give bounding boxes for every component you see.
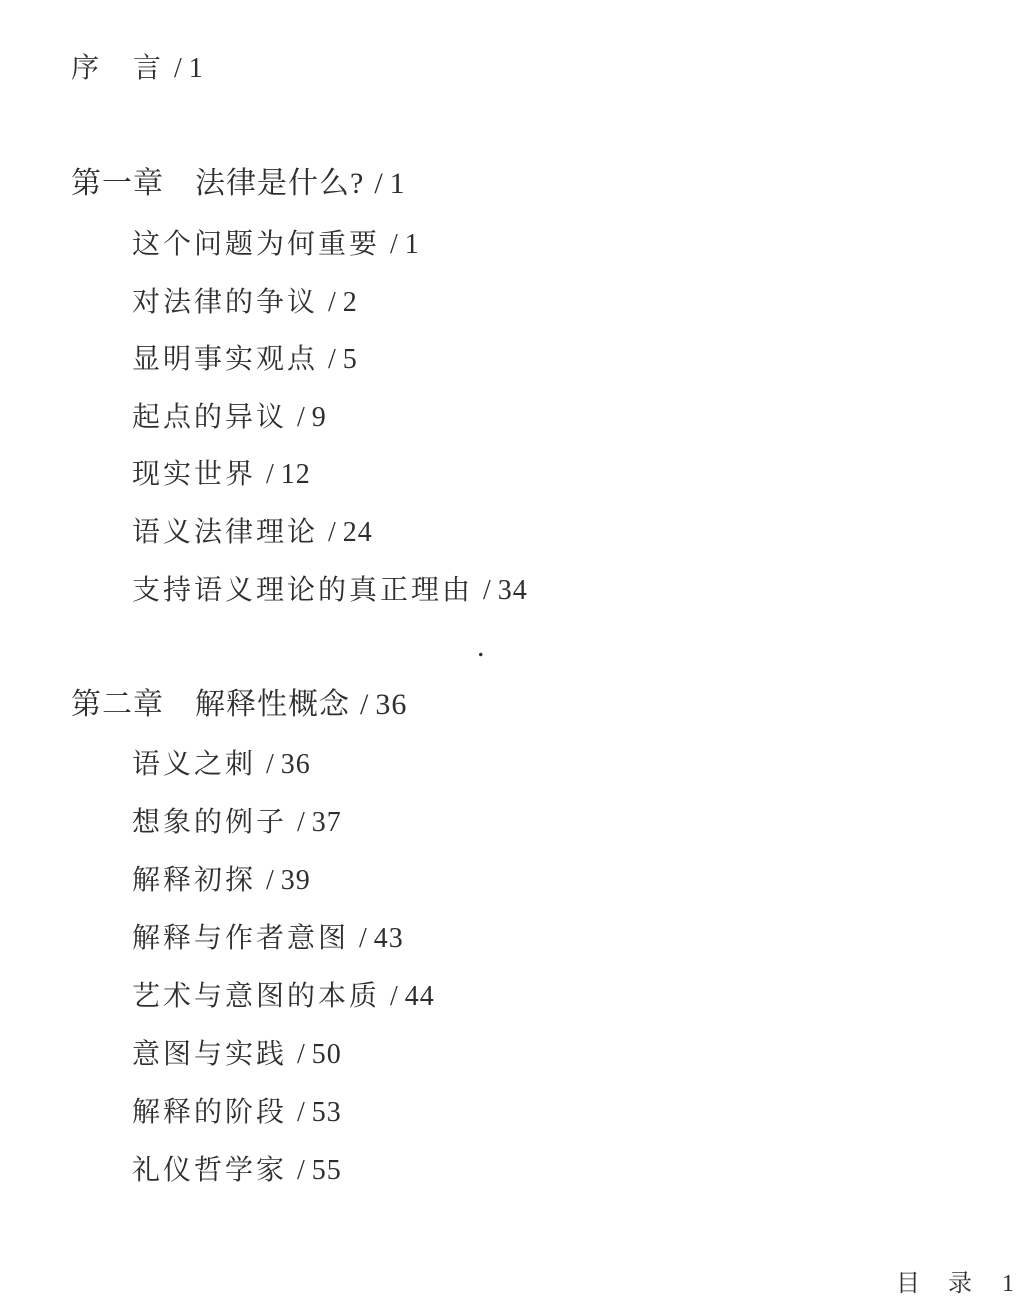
toc-chapter-page: 1: [390, 167, 406, 200]
toc-section-entry: 这个问题为何重要/1: [132, 228, 420, 262]
toc-section-page: 1: [405, 229, 420, 260]
page-separator: /: [390, 228, 398, 262]
toc-section-entry: 解释的阶段/53: [132, 1096, 342, 1130]
toc-section-title: 语义法律理论: [132, 517, 318, 548]
page-separator: /: [297, 806, 305, 840]
toc-section-page: 24: [343, 517, 373, 548]
page-separator: /: [328, 286, 336, 320]
toc-section-entry: 艺术与意图的本质/44: [132, 980, 435, 1014]
footer-label: 目 录: [896, 1271, 974, 1297]
page-separator: /: [266, 748, 274, 782]
toc-section-title: 艺术与意图的本质: [132, 981, 380, 1012]
toc-section-page: 2: [343, 287, 358, 318]
page-separator: /: [483, 574, 491, 608]
page-separator: /: [266, 864, 274, 898]
toc-section-page: 43: [374, 923, 404, 954]
toc-section-page: 9: [312, 402, 327, 433]
toc-section-entry: 支持语义理论的真正理由/34: [132, 574, 528, 608]
toc-section-entry: 解释与作者意图/43: [132, 922, 404, 956]
toc-section-entry: 显明事实观点/5: [132, 343, 358, 377]
toc-section-page: 50: [312, 1039, 342, 1070]
toc-preface-page: 1: [189, 53, 204, 84]
toc-section-title: 对法律的争议: [132, 287, 318, 318]
toc-section-entry: 语义之刺/36: [132, 748, 311, 782]
page-footer: 目 录1: [896, 1263, 1014, 1298]
toc-section-title: 意图与实践: [132, 1039, 287, 1070]
toc-section-title: 解释与作者意图: [132, 923, 349, 954]
toc-section-title: 现实世界: [132, 459, 256, 490]
page-separator: /: [297, 1154, 305, 1188]
page-separator: /: [174, 52, 182, 86]
toc-section-entry: 礼仪哲学家/55: [132, 1154, 342, 1188]
toc-section-entry: 对法律的争议/2: [132, 286, 358, 320]
toc-section-title: 支持语义理论的真正理由: [132, 575, 473, 606]
toc-chapter-title: 第一章 法律是什么?: [71, 167, 364, 200]
footer-page-number: 1: [1002, 1271, 1014, 1297]
toc-section-page: 34: [498, 575, 528, 606]
page-separator: /: [297, 1038, 305, 1072]
toc-section-title: 礼仪哲学家: [132, 1155, 287, 1186]
toc-section-page: 39: [281, 865, 311, 896]
toc-chapter-1-entry: 第一章 法律是什么?/1: [71, 166, 406, 202]
page-separator: /: [374, 166, 382, 202]
toc-section-entry: 意图与实践/50: [132, 1038, 342, 1072]
toc-section-entry: 起点的异议/9: [132, 401, 327, 435]
page-separator: /: [359, 922, 367, 956]
toc-section-page: 44: [405, 981, 435, 1012]
page-separator: /: [297, 1096, 305, 1130]
toc-preface-entry: 序 言/1: [71, 52, 204, 86]
toc-section-title: 解释初探: [132, 865, 256, 896]
toc-section-page: 37: [312, 807, 342, 838]
toc-section-title: 语义之刺: [132, 749, 256, 780]
toc-section-page: 53: [312, 1097, 342, 1128]
toc-page: 序 言/1 第一章 法律是什么?/1 这个问题为何重要/1 对法律的争议/2 显…: [0, 0, 1036, 1311]
toc-section-title: 想象的例子: [132, 807, 287, 838]
toc-chapter-title: 第二章 解释性概念: [71, 688, 350, 721]
page-separator: /: [266, 458, 274, 492]
page-separator: /: [328, 343, 336, 377]
toc-section-page: 5: [343, 344, 358, 375]
toc-section-title: 显明事实观点: [132, 344, 318, 375]
toc-section-entry: 解释初探/39: [132, 864, 311, 898]
toc-section-entry: 语义法律理论/24: [132, 516, 373, 550]
toc-section-page: 36: [281, 749, 311, 780]
toc-section-title: 解释的阶段: [132, 1097, 287, 1128]
page-separator: /: [360, 687, 368, 723]
toc-section-page: 12: [281, 459, 311, 490]
toc-section-entry: 现实世界/12: [132, 458, 311, 492]
page-separator: /: [328, 516, 336, 550]
toc-preface-title: 序 言: [71, 53, 164, 84]
toc-chapter-page: 36: [375, 688, 407, 721]
page-separator: /: [390, 980, 398, 1014]
toc-section-page: 55: [312, 1155, 342, 1186]
toc-chapter-2-entry: 第二章 解释性概念/36: [71, 687, 407, 723]
toc-section-title: 这个问题为何重要: [132, 229, 380, 260]
stray-dot-mark: .: [477, 632, 485, 662]
toc-section-entry: 想象的例子/37: [132, 806, 342, 840]
toc-section-title: 起点的异议: [132, 402, 287, 433]
page-separator: /: [297, 401, 305, 435]
